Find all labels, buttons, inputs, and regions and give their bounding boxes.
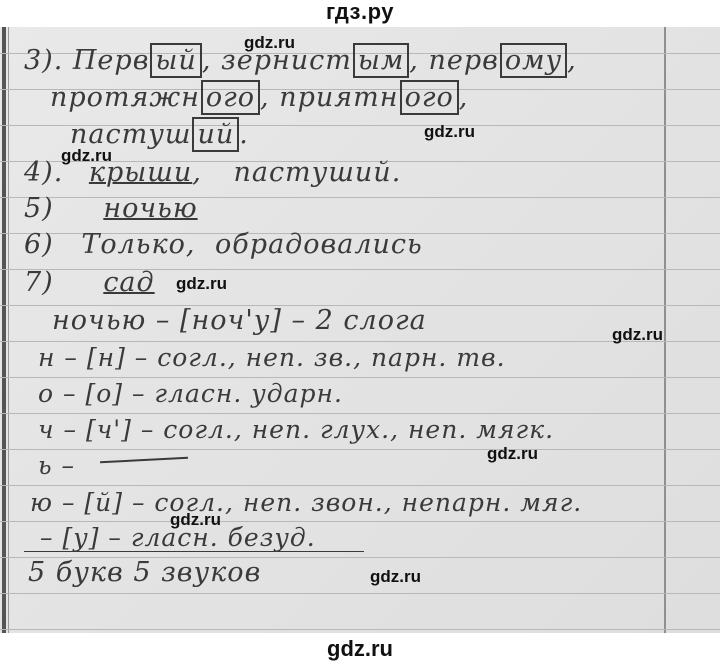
item-3-line-1: 3). Первый, зернистым, первому, [24,45,577,76]
analysis-line: ю – [й] – согл., неп. звон., непарн. мяг… [30,488,582,517]
analysis-line: н – [н] – согл., неп. зв., парн. тв. [38,343,506,372]
notebook-margin-line [664,27,666,633]
word: обрадовались [215,229,423,260]
ruled-line [0,521,720,522]
ruled-line [0,593,720,594]
watermark: gdz.ru [487,444,538,464]
analysis-line: ь – [38,451,75,480]
separator: , [567,45,577,76]
word: сад [103,267,154,298]
notebook-binding-edge [8,27,9,633]
word: пастуший [233,157,391,188]
item-number: 4). [24,157,63,188]
word: ночью [103,193,197,224]
word-ending: ый [150,43,201,78]
ruled-line [0,413,720,414]
watermark: gdz.ru [176,274,227,294]
separator: , [409,45,419,76]
item-6: 6) Только, обрадовались [24,229,423,260]
ruled-line [0,377,720,378]
item-5: 5) ночью [24,193,198,224]
item-number: 5) [24,193,54,224]
separator: . [239,119,249,150]
watermark: gdz.ru [170,510,221,530]
analysis-word-line: ночью – [ноч'у] – 2 слога [52,305,427,336]
word: Только [81,229,186,260]
word-stem: перв [428,45,498,76]
word-ending: ого [400,80,459,115]
ruled-line [0,629,720,630]
separator: , [186,229,196,260]
item-3-line-2: протяжного, приятного, [50,82,468,113]
site-footer-watermark: gdz.ru [0,636,720,665]
word-ending: ого [201,80,260,115]
watermark: gdz.ru [424,122,475,142]
watermark: gdz.ru [244,33,295,53]
summary-divider [24,551,364,552]
notebook-binding [2,27,6,633]
site-header-title: гдз.ру [0,0,720,27]
separator: , [192,157,202,188]
word-stem: протяжн [50,82,200,113]
word-stem: приятн [279,82,398,113]
watermark: gdz.ru [612,325,663,345]
analysis-summary: 5 букв 5 звуков [28,557,261,588]
separator: . [392,157,402,188]
watermark: gdz.ru [370,567,421,587]
item-number: 3). [24,45,63,76]
analysis-line: о – [о] – гласн. ударн. [38,379,343,408]
word-ending: ий [192,117,239,152]
item-number: 7) [24,267,54,298]
separator: , [260,82,270,113]
word-ending: ому [500,43,567,78]
item-number: 6) [24,229,54,260]
separator: , [202,45,212,76]
ruled-line [0,485,720,486]
word-ending: ым [353,43,409,78]
dash-line [100,457,188,464]
word-stem: Перв [73,45,150,76]
ruled-line [0,449,720,450]
item-7: 7) сад [24,267,155,298]
watermark: gdz.ru [61,146,112,166]
separator: , [459,82,469,113]
analysis-line: ч – [ч'] – согл., неп. глух., неп. мягк. [38,415,554,444]
